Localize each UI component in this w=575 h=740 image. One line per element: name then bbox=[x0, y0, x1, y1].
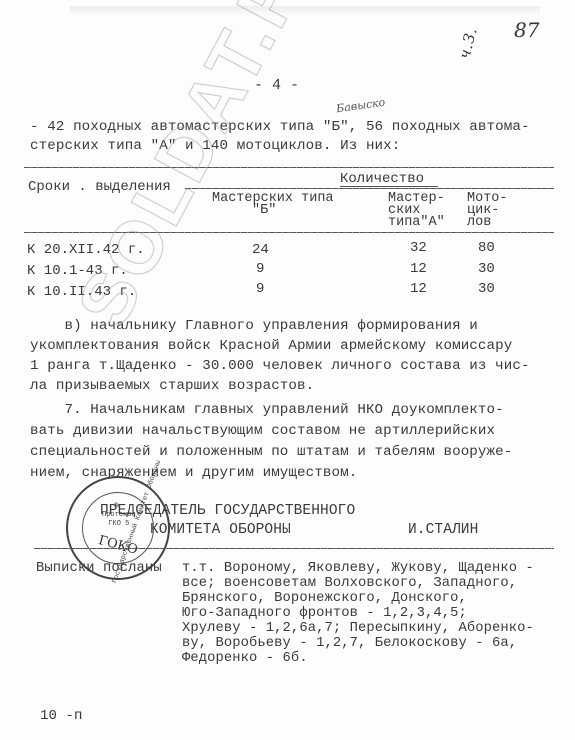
cell-type-a: 12 bbox=[410, 281, 427, 297]
para-v-line: 1 ранга т.Щаденко - 30.000 человек лично… bbox=[30, 358, 530, 374]
distribution-line: Брянского, Воронежского, Донского, bbox=[182, 591, 467, 606]
handwritten-margin-mark: ч.З. bbox=[455, 25, 481, 61]
document-page: 87 ч.З. - 4 - Бавыско - 42 походных авто… bbox=[0, 0, 575, 740]
cell-type-b: 24 bbox=[252, 242, 269, 258]
cell-moto: 30 bbox=[478, 261, 495, 277]
para-v-line: ла призываемых старших возрастов. bbox=[30, 378, 314, 394]
col-a-header-line3: типа"А" bbox=[388, 217, 445, 229]
para-v-line: в) начальнику Главного управления формир… bbox=[30, 318, 478, 334]
col-period-header: Сроки . выделения bbox=[28, 181, 171, 193]
intro-line: стерских типа "А" и 140 мотоциклов. Из н… bbox=[30, 138, 400, 154]
signature-title-line2: КОМИТЕТА ОБОРОНЫ bbox=[150, 522, 291, 538]
signatory-name: И.СТАЛИН bbox=[408, 522, 478, 538]
intro-line: - 42 походных автомастерских типа "Б", 5… bbox=[30, 119, 530, 135]
para-7-line: нием, снаряжением и другим имуществом. bbox=[30, 465, 357, 481]
page-number: - 4 - bbox=[254, 77, 299, 94]
handwritten-scribble: Бавыско bbox=[335, 96, 386, 116]
group-header-underline bbox=[340, 186, 438, 187]
group-header: Количество bbox=[340, 173, 424, 185]
para-7-line: 7. Начальникам главных управлений НКО до… bbox=[30, 402, 504, 418]
col-moto-header-line3: лов bbox=[467, 217, 491, 229]
para-7-line: специальностей и положенным по штатам и … bbox=[30, 444, 512, 460]
cell-period: К 10.II.43 г. bbox=[27, 284, 136, 300]
table-top-rule bbox=[24, 167, 554, 168]
distribution-label: Выписки посланы bbox=[36, 561, 162, 576]
scan-artifact bbox=[70, 6, 540, 16]
distribution-line: ву, Воробьеву - 1,2,7, Белокоскову - 6а, bbox=[182, 636, 517, 651]
para-v-line: укомплектования войск Красной Армии арме… bbox=[30, 338, 512, 354]
cell-type-a: 12 bbox=[410, 261, 427, 277]
col-b-header-line2: "Б" bbox=[252, 205, 276, 217]
cell-type-a: 32 bbox=[410, 240, 427, 256]
cell-type-b: 9 bbox=[256, 281, 264, 297]
cell-period: К 10.1-43 г. bbox=[27, 263, 128, 279]
table-header-rule bbox=[24, 232, 554, 233]
seal-inner-text: № Протокол ГКО 5 bbox=[102, 502, 136, 529]
distribution-line: все; военсоветам Волховского, Западного, bbox=[182, 576, 517, 591]
cell-period: К 20.XII.42 г. bbox=[27, 242, 145, 258]
para-7-line: вать дивизии начальствующим составом не … bbox=[30, 423, 495, 439]
distribution-line: Хрулеву - 1,2,6а,7; Пересыпкину, Аборенк… bbox=[182, 621, 534, 636]
footer-code: 10 -п bbox=[40, 708, 83, 724]
group-header-rule bbox=[185, 188, 554, 189]
distribution-line: Юго-Западного фронтов - 1,2,3,4,5; bbox=[182, 606, 467, 621]
cell-moto: 80 bbox=[478, 240, 495, 256]
cell-moto: 30 bbox=[478, 281, 495, 297]
distribution-line: Федоренко - 6б. bbox=[182, 651, 308, 666]
handwritten-folio-number: 87 bbox=[514, 18, 539, 42]
signature-rule bbox=[34, 548, 554, 549]
distribution-line: т.т. Вороному, Яковлеву, Жукову, Щаденко… bbox=[182, 561, 534, 576]
cell-type-b: 9 bbox=[256, 261, 264, 277]
